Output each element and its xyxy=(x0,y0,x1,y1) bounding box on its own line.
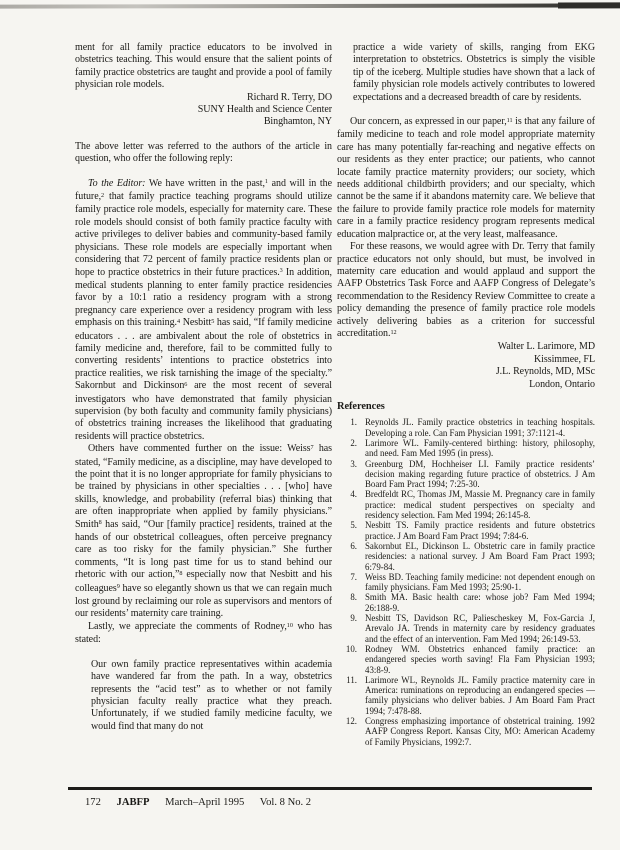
reference-text: Larimore WL. Family-centered birthing: h… xyxy=(365,438,595,459)
reference-item: 5.Nesbitt TS. Family practice residents … xyxy=(337,520,595,541)
paragraph: To the Editor: We have written in the pa… xyxy=(75,178,332,444)
references-list: 1.Reynolds JL. Family practice obstetric… xyxy=(337,417,595,747)
issue-date: March–April 1995 xyxy=(165,797,244,808)
reference-text: Reynolds JL. Family practice obstetrics … xyxy=(365,417,595,438)
signature-block: Walter L. Larimore, MDKissimmee, FLJ.L. … xyxy=(337,341,595,391)
page-number: 172 xyxy=(85,797,101,808)
block-quote: Our own family practice representatives … xyxy=(91,659,332,733)
reference-number: 12. xyxy=(337,716,365,747)
reference-number: 10. xyxy=(337,644,365,675)
paragraph: ment for all family practice educators t… xyxy=(75,42,332,92)
paragraph: Others have commented further on the iss… xyxy=(75,443,332,621)
reference-item: 8.Smith MA. Basic health care: whose job… xyxy=(337,592,595,613)
signature-line: Binghamton, NY xyxy=(75,116,332,128)
reference-item: 1.Reynolds JL. Family practice obstetric… xyxy=(337,417,595,438)
reference-number: 4. xyxy=(337,489,365,520)
scan-artifact-top xyxy=(0,3,620,8)
reference-item: 10.Rodney WM. Obstetrics enhanced family… xyxy=(337,644,595,675)
signature-line: J.L. Reynolds, MD, MSc xyxy=(337,366,595,378)
reference-item: 3.Greenburg DM, Hochheiser LI. Family pr… xyxy=(337,459,595,490)
signature-line: Richard R. Terry, DO xyxy=(75,92,332,104)
reference-item: 2.Larimore WL. Family-centered birthing:… xyxy=(337,438,595,459)
reference-number: 2. xyxy=(337,438,365,459)
footer-rule xyxy=(68,787,592,790)
signature-block: Richard R. Terry, DOSUNY Health and Scie… xyxy=(75,92,332,129)
page-footer: 172 JABFP March–April 1995 Vol. 8 No. 2 xyxy=(85,797,324,808)
reference-item: 11.Larimore WL, Reynolds JL. Family prac… xyxy=(337,675,595,716)
italic-lead: To the Editor: xyxy=(88,178,145,189)
reference-text: Sakornbut EL, Dickinson L. Obstetric car… xyxy=(365,541,595,572)
reference-item: 4.Bredfeldt RC, Thomas JM, Massie M. Pre… xyxy=(337,489,595,520)
reference-text: Rodney WM. Obstetrics enhanced family pr… xyxy=(365,644,595,675)
reference-number: 9. xyxy=(337,613,365,644)
reference-number: 3. xyxy=(337,459,365,490)
reference-text: Larimore WL, Reynolds JL. Family practic… xyxy=(365,675,595,716)
signature-line: SUNY Health and Science Center xyxy=(75,104,332,116)
reference-item: 9.Nesbitt TS, Davidson RC, Paliescheskey… xyxy=(337,613,595,644)
journal-page: ment for all family practice educators t… xyxy=(0,0,620,850)
reference-number: 6. xyxy=(337,541,365,572)
reference-item: 7.Weiss BD. Teaching family medicine: no… xyxy=(337,572,595,593)
reference-text: Greenburg DM, Hochheiser LI. Family prac… xyxy=(365,459,595,490)
volume-number: Vol. 8 No. 2 xyxy=(260,797,311,808)
reference-text: Smith MA. Basic health care: whose job? … xyxy=(365,592,595,613)
reference-text: Nesbitt TS. Family practice residents an… xyxy=(365,520,595,541)
reference-text: Nesbitt TS, Davidson RC, Paliescheskey M… xyxy=(365,613,595,644)
reference-number: 1. xyxy=(337,417,365,438)
reference-text: Bredfeldt RC, Thomas JM, Massie M. Pregn… xyxy=(365,489,595,520)
references-heading: References xyxy=(337,401,595,413)
reference-number: 8. xyxy=(337,592,365,613)
paragraph: The above letter was referred to the aut… xyxy=(75,141,332,166)
left-column: ment for all family practice educators t… xyxy=(75,42,332,786)
signature-line: Walter L. Larimore, MD xyxy=(337,341,595,353)
block-quote: practice a wide variety of skills, rangi… xyxy=(353,42,595,104)
paragraph: Our concern, as expressed in our paper,1… xyxy=(337,116,595,241)
paragraph: Lastly, we appreciate the comments of Ro… xyxy=(75,621,332,647)
paragraph: For these reasons, we would agree with D… xyxy=(337,241,595,341)
reference-number: 11. xyxy=(337,675,365,716)
journal-abbreviation: JABFP xyxy=(117,797,150,808)
reference-item: 12.Congress emphasizing importance of ob… xyxy=(337,716,595,747)
reference-number: 5. xyxy=(337,520,365,541)
reference-item: 6.Sakornbut EL, Dickinson L. Obstetric c… xyxy=(337,541,595,572)
reference-number: 7. xyxy=(337,572,365,593)
reference-text: Weiss BD. Teaching family medicine: not … xyxy=(365,572,595,593)
signature-line: Kissimmee, FL xyxy=(337,354,595,366)
signature-line: London, Ontario xyxy=(337,379,595,391)
reference-text: Congress emphasizing importance of obste… xyxy=(365,716,595,747)
right-column: practice a wide variety of skills, rangi… xyxy=(337,42,595,786)
